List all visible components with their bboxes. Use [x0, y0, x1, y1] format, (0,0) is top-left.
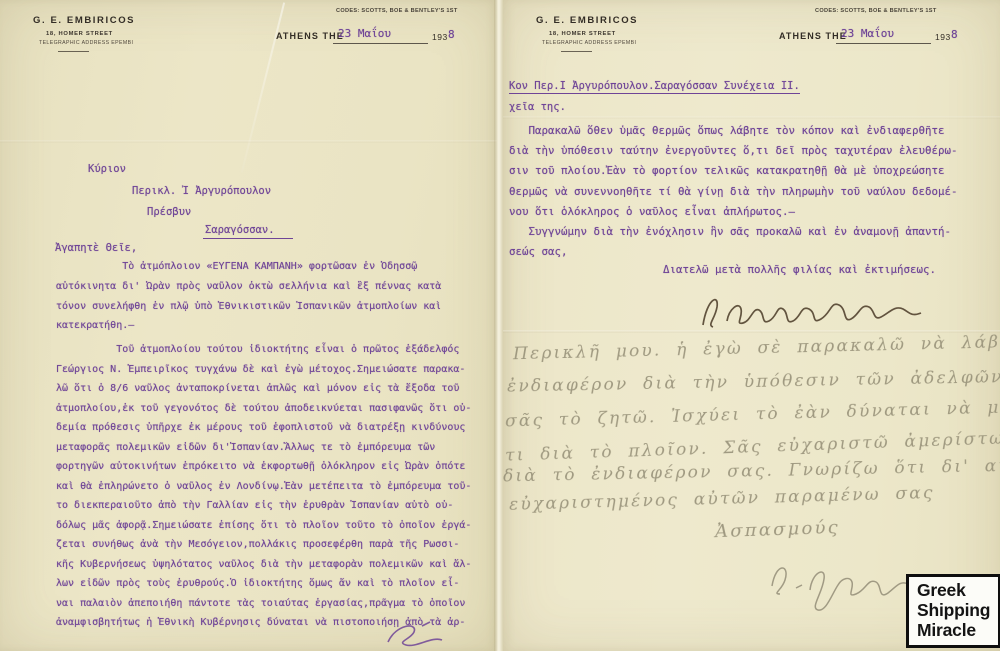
watermark-line: Miracle: [917, 620, 990, 640]
recipient-title: Κύριον: [88, 163, 126, 175]
letterhead-street: 18, HOMER STREET: [549, 31, 616, 37]
typewritten-line: Συγγνώμην διὰ τὴν ἐνόχλησιν ἣν σᾶς προκα…: [509, 222, 987, 242]
letterhead-company: G. E. EMBIRICOS: [536, 15, 638, 26]
letter-page-2: G. E. EMBIRICOS 18, HOMER STREET TELEGRA…: [503, 0, 1000, 651]
recipient-role: Πρέσβυν: [147, 206, 191, 218]
typewritten-line: μεταφορᾶς πολεμικῶν εἰδῶν δι'Ἱσπανίαν.Ἄλ…: [56, 438, 492, 458]
typewritten-line: δεμία πρόθεσις ὑπῆρχε ἐκ μέρους τοῦ ἐφοπ…: [56, 418, 492, 438]
letterhead-codes: CODES: SCOTTS, BOE & BENTLEY'S 1ST: [336, 8, 458, 14]
typewritten-line: κατεκρατήθη.—: [56, 316, 488, 336]
typewritten-line: λων εἰδῶν πρὸς τοὺς ἐρυθρούς.Ὁ ἰδιοκτήτη…: [56, 574, 492, 594]
dateline-date-typed: 23 Μαΐου: [841, 27, 894, 40]
dateline-year-printed: 193: [935, 32, 951, 42]
handwritten-line: ἐνδιαφέρον διὰ τὴν ὑπόθεσιν τῶν ἀδελφῶν …: [507, 365, 1000, 396]
typewritten-line: καὶ θὰ ἐπληρώνετο ὁ ναῦλος ἐν Λονδίνῳ.Ἐὰ…: [56, 477, 492, 497]
typewritten-line: κῆς Κυβερνήσεως ὑψηλότατος ναῦλος διὰ τὴ…: [56, 555, 492, 575]
recipient-name: Περικλ. Ἰ Ἀργυρόπουλον: [132, 185, 271, 197]
handwritten-line: εὐχαριστημένος αὐτῶν παραμένω σας: [509, 483, 935, 515]
typewritten-line: ναι παλαιὸν ἀπεποιήθη πάντοτε τὰς τοιαύτ…: [56, 594, 492, 614]
letterhead-codes: CODES: SCOTTS, BOE & BENTLEY'S 1ST: [815, 8, 937, 14]
recipient-city: Σαραγόσσαν.: [203, 224, 293, 239]
dateline-date-typed: 23 Μαΐου: [338, 27, 391, 40]
paper-crease: [0, 140, 497, 143]
handwritten-farewell: Ἀσπασμούς: [715, 517, 841, 542]
typewritten-line: Τοῦ ἀτμοπλοίου τούτου ἰδιοκτήτης εἶναι ὁ…: [56, 340, 492, 360]
watermark-line: Shipping: [917, 600, 990, 620]
letterhead-telegraphic: TELEGRAPHIC ADDRESS EPEMBI: [39, 40, 133, 46]
typewritten-line: δόλως μᾶς ἀφορᾷ.Σημειώσατε ἐπίσης ὅτι τὸ…: [56, 516, 492, 536]
typewritten-line: τόνον συνελήφθη ἐν πλῷ ὑπὸ Ἐθνικιστικῶν …: [56, 297, 488, 317]
typewritten-line: σιν τοῦ πλοίου.Ἐὰν τὸ φορτίον τελικῶς κα…: [509, 161, 987, 181]
letterhead-street: 18, HOMER STREET: [46, 31, 113, 37]
letterhead-rule: [58, 51, 89, 52]
paper-crease: [503, 116, 1000, 119]
typewritten-line: Γεώργιος Ν. Ἐμπειρῖκος τυγχάνω δὲ καὶ ἐγ…: [56, 360, 492, 380]
typewritten-line: σεώς σας,: [509, 242, 987, 262]
greek-shipping-miracle-watermark: Greek Shipping Miracle: [906, 574, 1000, 648]
page1-initials-scribble: [378, 620, 458, 651]
typewritten-line: διὰ τὴν ὑπόθεσιν ταύτην ἐνεργοῦντες ὅ,τι…: [509, 141, 987, 161]
typewritten-line: ἀτμοπλοίου,ἐκ τοῦ γεγονότος δὲ τούτου ἀπ…: [56, 399, 492, 419]
continuation-header: Κον Περ.Ι Ἀργυρόπουλον.Σαραγόσσαν Συνέχε…: [509, 80, 800, 94]
typewritten-line: νου ὅτι ὁλόκληρος ὁ ναῦλος εἶναι ἀπλήρωτ…: [509, 202, 987, 222]
ink-signature: [695, 281, 930, 336]
paragraph-1: Τὸ ἀτμόπλοιον «ΕΥΓΕΝΑ ΚΑΜΠΑΝΗ» φορτῶσαν …: [56, 257, 488, 336]
pencil-signature: [758, 552, 918, 624]
letterhead-company: G. E. EMBIRICOS: [33, 15, 135, 26]
typewritten-line: φορτηγῶν αὐτοκινήτων ἐπρόκειτο νὰ ἐκφορτ…: [56, 457, 492, 477]
scanned-letter: G. E. EMBIRICOS 18, HOMER STREET TELEGRA…: [0, 0, 1000, 651]
paper-crease: [241, 2, 285, 172]
letter-page-1: G. E. EMBIRICOS 18, HOMER STREET TELEGRA…: [0, 0, 497, 651]
paragraph-request: Παρακαλῶ ὅθεν ὑμᾶς θερμῶς ὅπως λάβητε τὸ…: [509, 121, 987, 262]
handwritten-line: σᾶς τὸ ζητῶ. Ἰσχύει τὸ ἐὰν δύναται νὰ με…: [505, 396, 1000, 431]
dateline-year-typed: 8: [448, 28, 455, 41]
continuation-word: χεῖα της.: [509, 101, 566, 113]
letterhead-telegraphic: TELEGRAPHIC ADDRESS EPEMBI: [542, 40, 636, 46]
handwritten-line: Περικλῆ μου. ἡ ἐγὼ σὲ παρακαλῶ νὰ λάβῃς: [513, 332, 1000, 364]
typewritten-line: το διεκπεραιοῦτο ἀπὸ τὴν Γαλλίαν εἰς τὴν…: [56, 496, 492, 516]
dateline-year-printed: 193: [432, 32, 448, 42]
typewritten-line: αὐτόκινητα δι' Ὠρὰν πρὸς ναῦλον ὀκτὼ σελ…: [56, 277, 488, 297]
letterhead-rule: [561, 51, 592, 52]
typewritten-line: ζεται συνήθως ἀνὰ τὴν Μεσόγειον,πολλάκις…: [56, 535, 492, 555]
paragraph-2: Τοῦ ἀτμοπλοίου τούτου ἰδιοκτήτης εἶναι ὁ…: [56, 340, 492, 633]
watermark-line: Greek: [917, 580, 990, 600]
typewritten-line: λῶ ὅτι ὁ 8/6 ναῦλος ἀνταποκρίνεται ἁπλῶς…: [56, 379, 492, 399]
typewritten-line: Παρακαλῶ ὅθεν ὑμᾶς θερμῶς ὅπως λάβητε τὸ…: [509, 121, 987, 141]
typewritten-line: θερμῶς νὰ συνεννοηθῆτε τί θὰ γίνῃ διὰ τὴ…: [509, 182, 987, 202]
typewritten-line: Τὸ ἀτμόπλοιον «ΕΥΓΕΝΑ ΚΑΜΠΑΝΗ» φορτῶσαν …: [56, 257, 488, 277]
closing-line: Διατελῶ μετὰ πολλῆς φιλίας καὶ ἐκτιμήσεω…: [663, 263, 936, 276]
dateline-year-typed: 8: [951, 28, 958, 41]
salutation: Ἀγαπητὲ Θεῖε,: [55, 242, 137, 254]
